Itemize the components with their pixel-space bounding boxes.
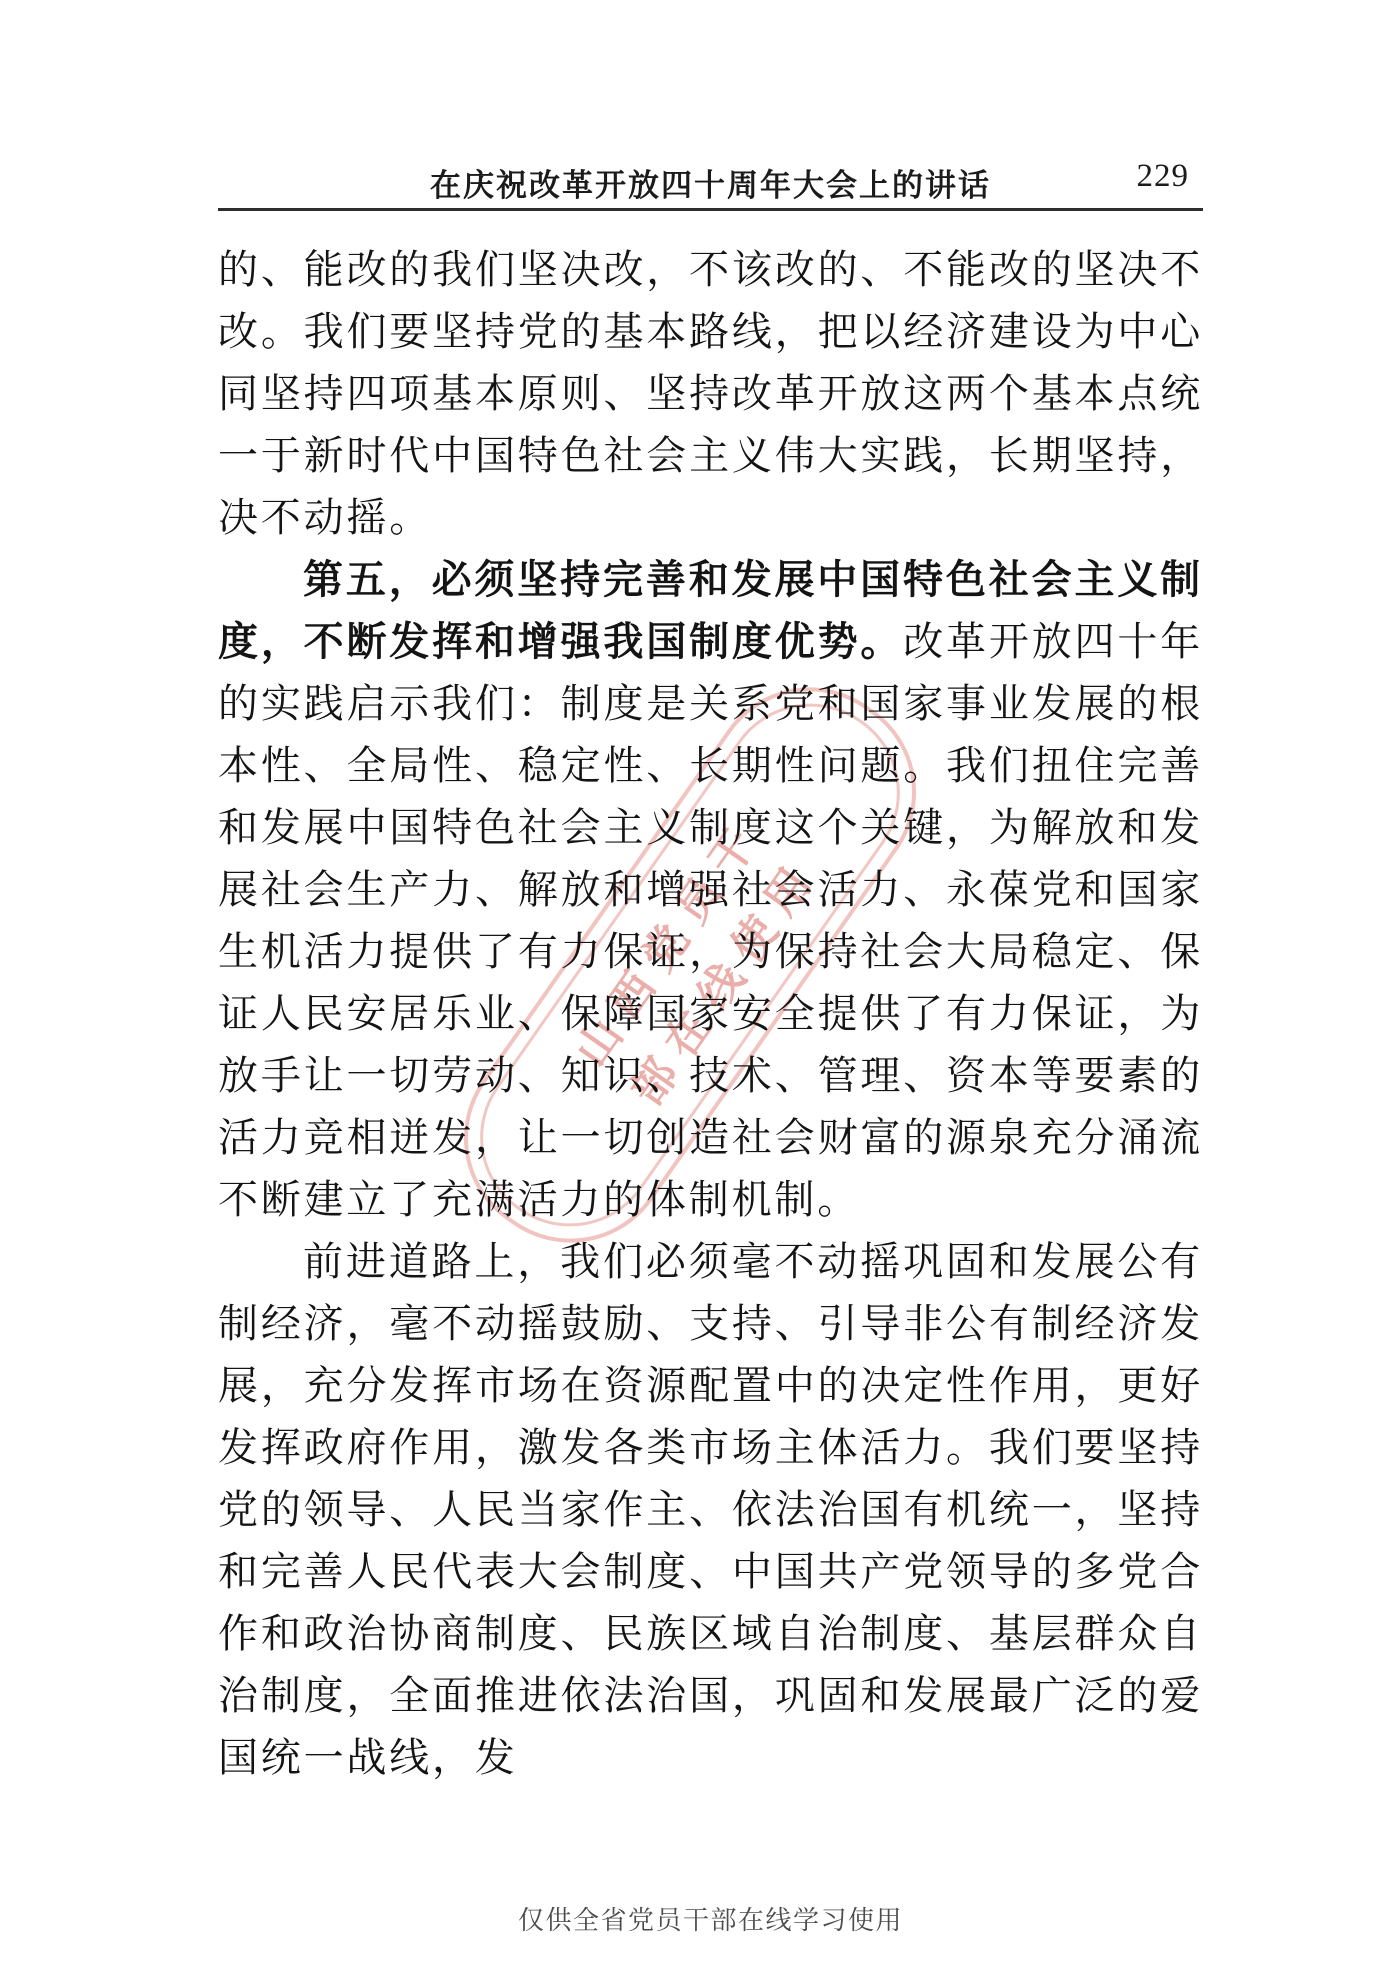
paragraph: 前进道路上，我们必须毫不动摇巩固和发展公有制经济，毫不动摇鼓励、支持、引导非公有… [218,1231,1203,1789]
running-header: 在庆祝改革开放四十周年大会上的讲话 229 [218,160,1203,204]
page-number: 229 [1137,158,1190,195]
header-rule [218,208,1203,211]
paragraph-text: 前进道路上，我们必须毫不动摇巩固和发展公有制经济，毫不动摇鼓励、支持、引导非公有… [218,1239,1203,1780]
footer-notice: 仅供全省党员干部在线学习使用 [218,1900,1203,1937]
running-header-title: 在庆祝改革开放四十周年大会上的讲话 [218,160,1203,205]
body-text: 的、能改的我们坚决改，不该改的、不能改的坚决不改。我们要坚持党的基本路线，把以经… [218,239,1203,1789]
paragraph-text: 改革开放四十年的实践启示我们：制度是关系党和国家事业发展的根本性、全局性、稳定性… [218,619,1203,1222]
book-page: 山西党员干 部在线使用 在庆祝改革开放四十周年大会上的讲话 229 的、能改的我… [0,0,1398,1965]
paragraph-text: 的、能改的我们坚决改，不该改的、不能改的坚决不改。我们要坚持党的基本路线，把以经… [218,247,1203,540]
paragraph: 的、能改的我们坚决改，不该改的、不能改的坚决不改。我们要坚持党的基本路线，把以经… [218,239,1203,549]
paragraph: 第五，必须坚持完善和发展中国特色社会主义制度，不断发挥和增强我国制度优势。改革开… [218,549,1203,1231]
